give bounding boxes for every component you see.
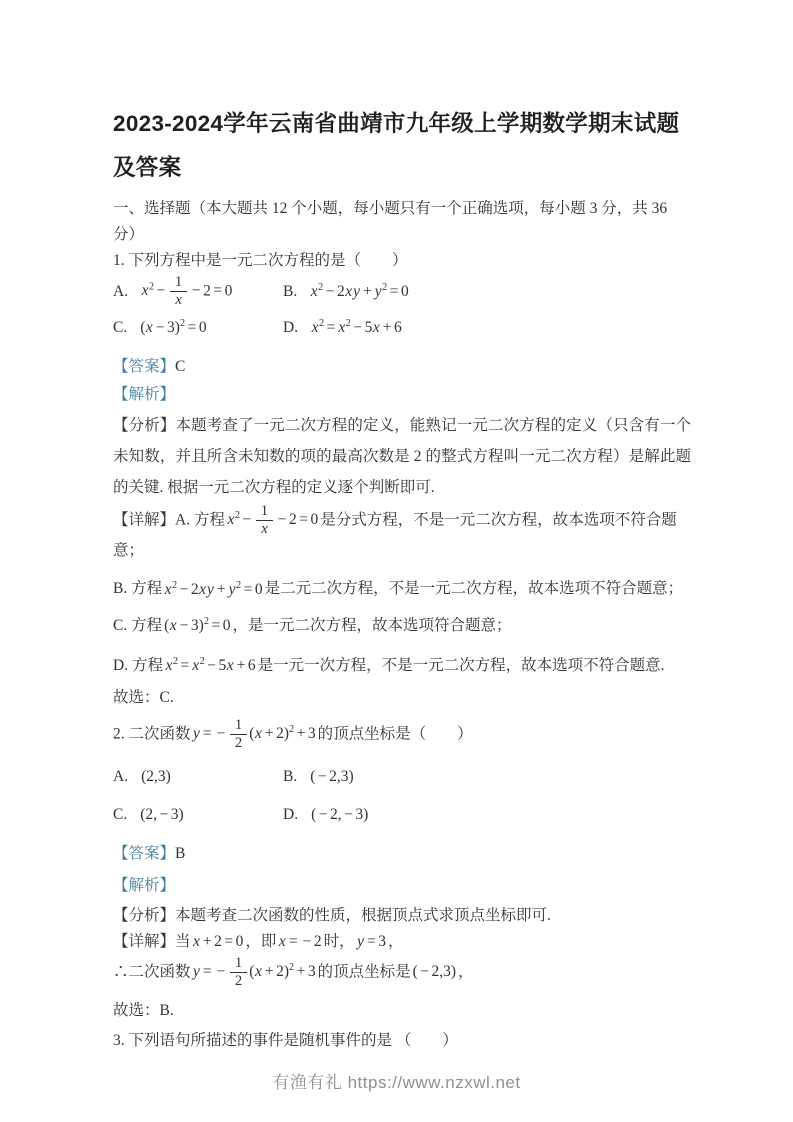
math-formula: (−2,3) [411, 963, 458, 980]
q1-stem: 1. 下列方程中是一元二次方程的是（ ） [113, 248, 691, 274]
q1-option-c: C. (x−3)2=0 [113, 318, 283, 337]
math-formula: (2,−3) [138, 806, 185, 824]
option-label: D. [283, 806, 298, 824]
answer-label: 【答案】 [113, 358, 175, 375]
q1-option-d: D. x2=x2−5x+6 [283, 318, 404, 337]
q2-options-row-1: A. (2,3) B. (−2,3) [113, 763, 691, 791]
q1-detail-c: C. 方程(x−3)2=0，是一元二次方程，故本选项符合题意； [113, 609, 691, 639]
q3-stem: 3. 下列语句所描述的事件是随机事件的是 （ ） [113, 1028, 691, 1054]
q1-detail-d: D. 方程x2=x2−5x+6是一元一次方程，不是一元二次方程，故本选项不符合题… [113, 649, 691, 679]
math-formula: x2−1x−2=0 [225, 511, 320, 528]
math-formula: (x−3)2=0 [138, 318, 208, 337]
q2-answer-value: B [175, 845, 185, 862]
q1-conclusion: 故选：C. [113, 685, 691, 711]
footer-watermark: 有渔有礼 https://www.nzxwl.net [0, 1068, 793, 1093]
q1-fenxi-paragraph: 【分析】本题考查了一元二次方程的定义，能熟记一元二次方程的定义（只含有一个未知数… [113, 410, 691, 503]
math-formula: y=3 [355, 933, 388, 950]
option-label: C. [113, 806, 127, 824]
math-formula: (x−3)2=0 [162, 617, 232, 634]
math-formula: x2=x2−5x+6 [163, 657, 258, 674]
page-title: 2023-2024学年云南省曲靖市九年级上学期数学期末试题及答案 [113, 102, 691, 190]
answer-label: 【答案】 [113, 845, 175, 862]
q1-answer-value: C [175, 358, 185, 375]
q2-analysis-label-line: 【解析】 [113, 873, 691, 899]
q2-conclusion: 故选：B. [113, 998, 691, 1024]
math-formula: y=−12(x+2)2+3 [191, 725, 318, 742]
q1-analysis-label-line: 【解析】 [113, 382, 691, 408]
q1-options-row-2: C. (x−3)2=0 D. x2=x2−5x+6 [113, 314, 691, 342]
option-label: B. [283, 768, 297, 786]
q1-detail-b: B. 方程x2−2xy+y2=0是二元二次方程，不是一元二次方程，故本选项不符合… [113, 572, 691, 602]
q2-detail-line: 【详解】当x+2=0，即x=−2时，y=3， [113, 929, 691, 955]
q1-option-b: B. x2−2xy+y2=0 [283, 282, 411, 301]
q1-detail-a: 【详解】A. 方程x2−1x−2=0是分式方程，不是一元二次方程，故本选项不符合… [113, 503, 691, 565]
q2-options-row-2: C. (2,−3) D. (−2,−3) [113, 801, 691, 829]
math-formula: (2,3) [139, 768, 173, 786]
q2-option-c: C. (2,−3) [113, 806, 283, 824]
math-formula: y=−12(x+2)2+3 [191, 963, 318, 980]
q2-option-b: B. (−2,3) [283, 768, 356, 786]
option-label: D. [283, 319, 298, 337]
math-formula: x=−2 [276, 933, 323, 950]
math-formula: x2=x2−5x+6 [309, 318, 404, 337]
document-content: 2023-2024学年云南省曲靖市九年级上学期数学期末试题及答案 一、选择题（本… [113, 102, 691, 1054]
analysis-label: 【解析】 [113, 386, 175, 403]
option-label: A. [113, 283, 128, 301]
math-formula: x2−2xy+y2=0 [308, 282, 411, 301]
q2-therefore-line: ∴二次函数y=−12(x+2)2+3的顶点坐标是(−2,3)， [113, 955, 691, 991]
option-label: B. [283, 283, 297, 301]
q1-options-row-1: A. x2−1x−2=0 B. x2−2xy+y2=0 [113, 274, 691, 310]
option-label: A. [113, 768, 128, 786]
exam-document-page: 2023-2024学年云南省曲靖市九年级上学期数学期末试题及答案 一、选择题（本… [0, 0, 793, 1122]
q2-option-d: D. (−2,−3) [283, 806, 370, 824]
math-formula: x+2=0 [191, 933, 246, 950]
q2-stem: 2. 二次函数y=−12(x+2)2+3的顶点坐标是（ ） [113, 717, 691, 753]
q2-fenxi-line: 【分析】本题考查二次函数的性质，根据顶点式求顶点坐标即可. [113, 903, 691, 929]
analysis-label: 【解析】 [113, 877, 175, 894]
q1-option-a: A. x2−1x−2=0 [113, 274, 283, 310]
option-label: C. [113, 319, 127, 337]
section-header: 一、选择题（本大题共 12 个小题，每小题只有一个正确选项，每小题 3 分，共 … [113, 196, 691, 248]
q1-answer-line: 【答案】C [113, 354, 691, 380]
math-formula: x2−2xy+y2=0 [162, 581, 265, 598]
math-formula: (−2,−3) [309, 806, 370, 824]
q2-answer-line: 【答案】B [113, 841, 691, 867]
math-formula: (−2,3) [308, 768, 355, 786]
math-formula: x2−1x−2=0 [139, 274, 234, 310]
q2-option-a: A. (2,3) [113, 768, 283, 786]
